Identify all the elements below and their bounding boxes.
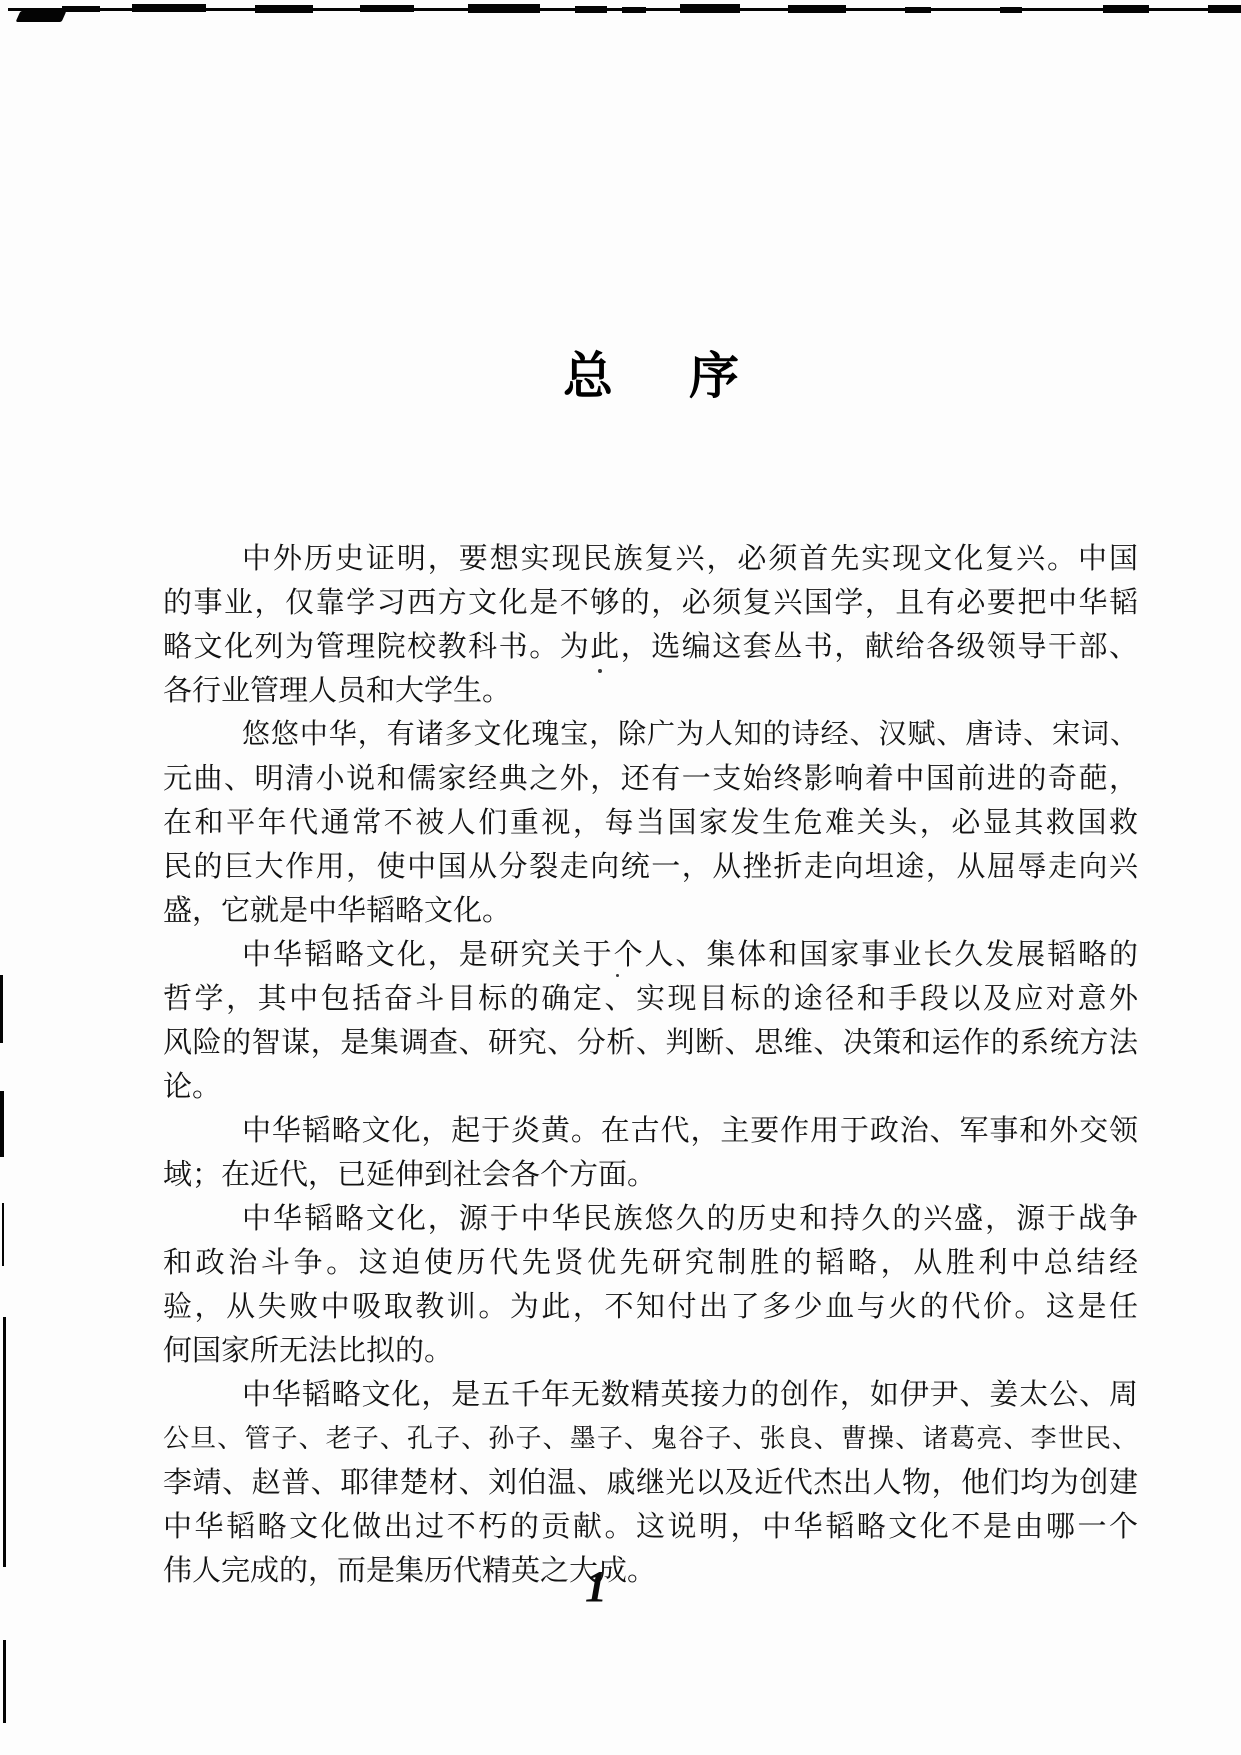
text-line: 验，从失败中吸取教训。为此，不知付出了多少血与火的代价。这是任 bbox=[163, 1285, 1138, 1329]
text-line: 公旦、管子、老子、孔子、孙子、墨子、鬼谷子、张良、曹操、诸葛亮、李世民、 bbox=[163, 1417, 1138, 1461]
scan-artifact-left-mark bbox=[3, 1640, 6, 1723]
scan-artifact-segment bbox=[255, 5, 313, 13]
text-line: 元曲、明清小说和儒家经典之外，还有一支始终影响着中国前进的奇葩， bbox=[163, 757, 1138, 801]
text-line: 域；在近代，已延伸到社会各个方面。 bbox=[163, 1153, 1138, 1197]
scan-artifact-segment bbox=[1103, 5, 1149, 13]
scan-artifact-segment bbox=[622, 7, 646, 13]
text-line: 论。 bbox=[163, 1065, 1138, 1109]
scan-artifact-left-mark bbox=[2, 1203, 4, 1266]
page-title: 总 序 bbox=[563, 349, 752, 403]
text-line: 悠悠中华，有诸多文化瑰宝，除广为人知的诗经、汉赋、唐诗、宋词、 bbox=[163, 713, 1138, 757]
text-line: 李靖、赵普、耶律楚材、刘伯温、戚继光以及近代杰出人物，他们均为创建 bbox=[163, 1461, 1138, 1505]
page-number: 1 bbox=[585, 1563, 607, 1611]
text-line: 中华韬略文化，是五千年无数精英接力的创作，如伊尹、姜太公、周 bbox=[163, 1373, 1138, 1417]
scan-artifact-segment bbox=[360, 5, 414, 12]
scan-artifact-segment bbox=[468, 4, 540, 13]
text-line: 伟人完成的，而是集历代精英之大成。 bbox=[163, 1549, 1138, 1593]
scan-artifact-left-mark bbox=[3, 1317, 6, 1567]
text-line: 哲学，其中包括奋斗目标的确定、实现目标的途径和手段以及应对意外 bbox=[163, 977, 1138, 1021]
text-line: 盛，它就是中华韬略文化。 bbox=[163, 889, 1138, 933]
body-text: 中外历史证明，要想实现民族复兴，必须首先实现文化复兴。中国 的事业，仅靠学习西方… bbox=[163, 537, 1138, 1593]
text-line: 各行业管理人员和大学生。 bbox=[163, 669, 1138, 713]
scan-artifact-segment bbox=[905, 7, 931, 13]
text-line: 民的巨大作用，使中国从分裂走向统一，从挫折走向坦途，从屈辱走向兴 bbox=[163, 845, 1138, 889]
scan-artifact-left-mark bbox=[0, 975, 3, 1043]
text-line: 中外历史证明，要想实现民族复兴，必须首先实现文化复兴。中国 bbox=[163, 537, 1138, 581]
text-line: 中华韬略文化，是研究关于个人、集体和国家事业长久发展韬略的 bbox=[163, 933, 1138, 977]
scan-artifact-segment bbox=[1208, 5, 1241, 13]
scan-artifact-segment bbox=[132, 4, 206, 12]
scan-artifact-segment bbox=[1000, 7, 1022, 13]
text-line: 略文化列为管理院校教科书。为此，选编这套丛书，献给各级领导干部、 bbox=[163, 625, 1138, 669]
text-line: 中华韬略文化做出过不朽的贡献。这说明，中华韬略文化不是由哪一个 bbox=[163, 1505, 1138, 1549]
text-line: 何国家所无法比拟的。 bbox=[163, 1329, 1138, 1373]
scan-artifact-segment bbox=[680, 4, 740, 13]
scan-artifact-segment bbox=[575, 6, 607, 13]
scan-artifact-blob bbox=[16, 11, 67, 22]
text-line: 中华韬略文化，起于炎黄。在古代，主要作用于政治、军事和外交领 bbox=[163, 1109, 1138, 1153]
scanned-page: 总 序 中外历史证明，要想实现民族复兴，必须首先实现文化复兴。中国 的事业，仅靠… bbox=[0, 0, 1241, 1755]
text-line: 的事业，仅靠学习西方文化是不够的，必须复兴国学，且有必要把中华韬 bbox=[163, 581, 1138, 625]
text-line: 中华韬略文化，源于中华民族悠久的历史和持久的兴盛，源于战争 bbox=[163, 1197, 1138, 1241]
text-line: 和政治斗争。这迫使历代先贤优先研究制胜的韬略，从胜利中总结经 bbox=[163, 1241, 1138, 1285]
scan-artifact-left-mark bbox=[0, 1091, 4, 1157]
text-line: 在和平年代通常不被人们重视，每当国家发生危难关头，必显其救国救 bbox=[163, 801, 1138, 845]
text-line: 风险的智谋，是集调查、研究、分析、判断、思维、决策和运作的系统方法 bbox=[163, 1021, 1138, 1065]
scan-artifact-segment bbox=[62, 6, 100, 12]
scan-artifact-segment bbox=[788, 5, 846, 13]
